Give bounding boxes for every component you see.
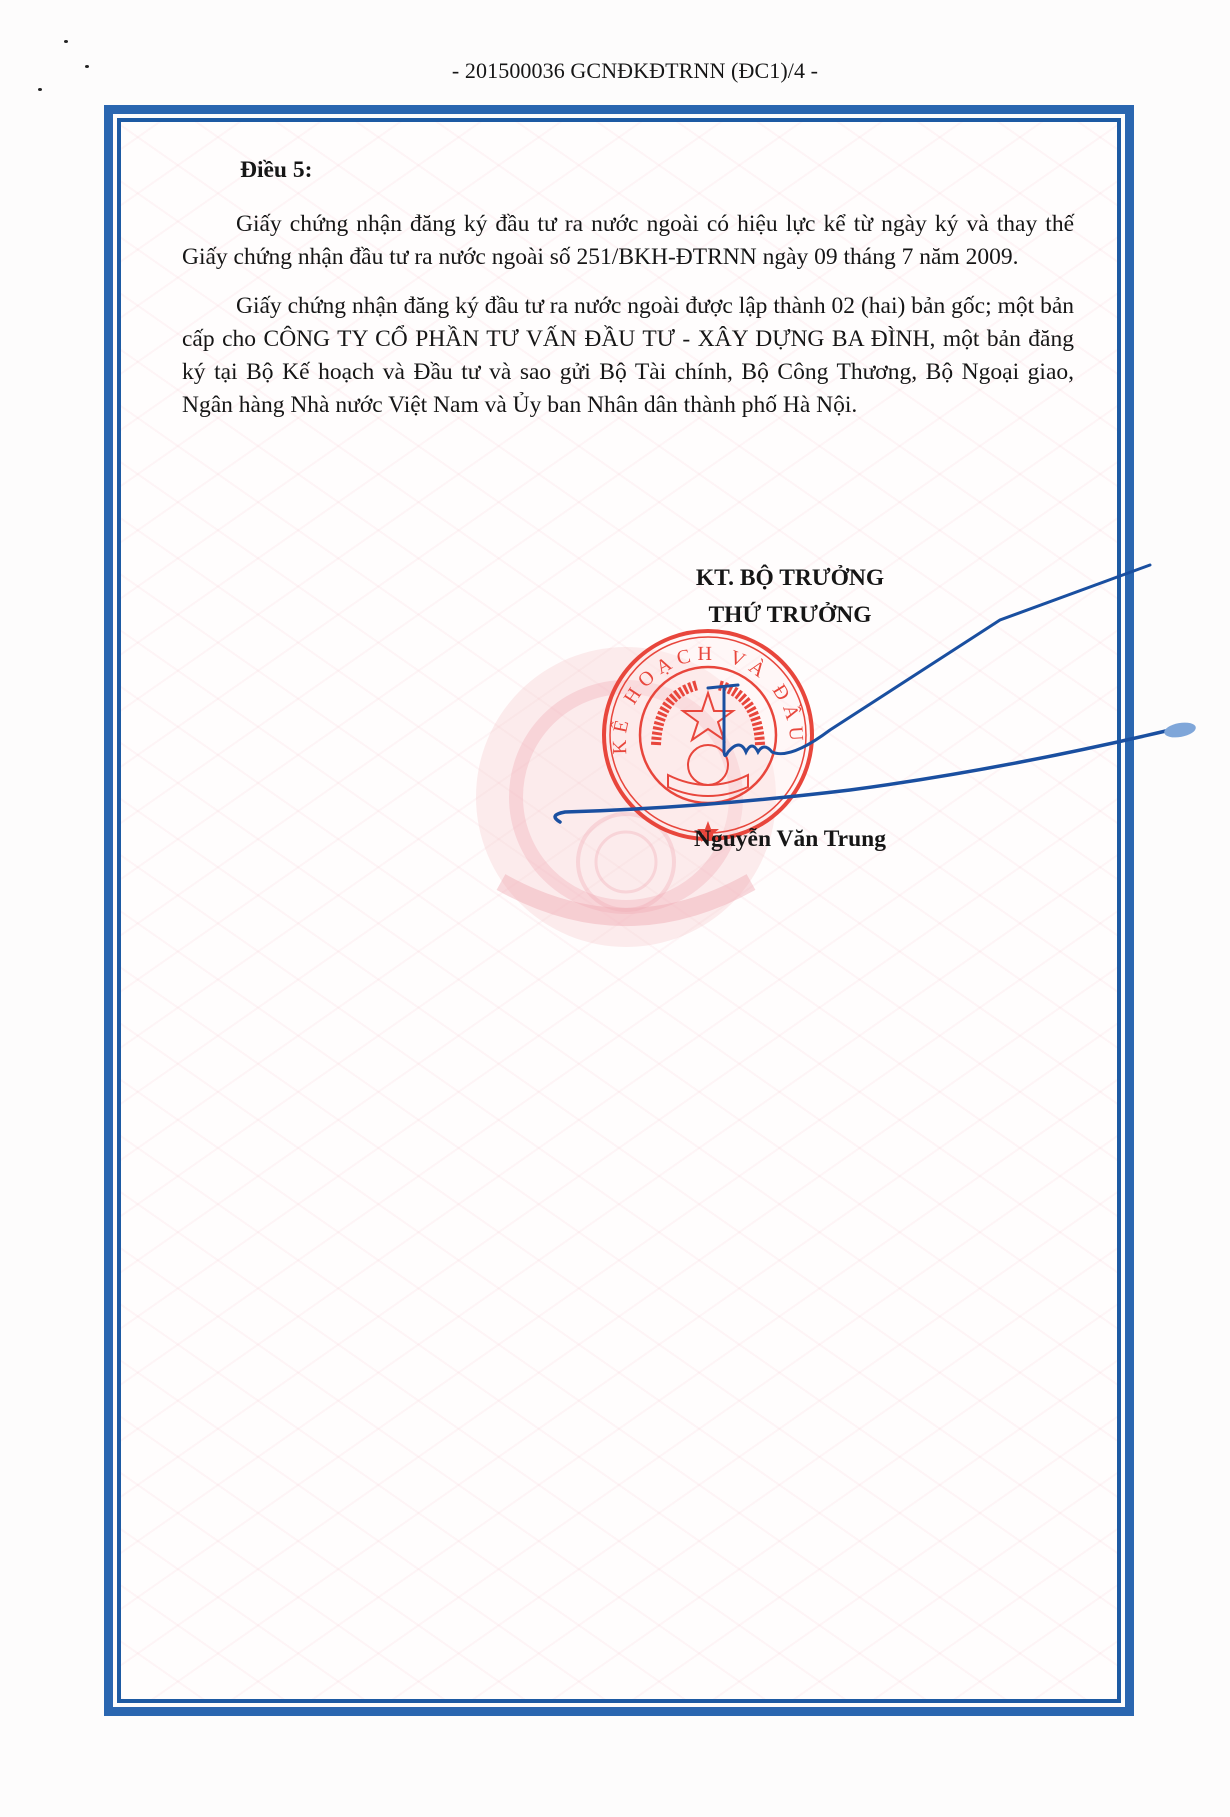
scan-speck	[64, 40, 68, 43]
article-title: Điều 5:	[240, 150, 1074, 190]
signer-name: Nguyễn Văn Trung	[560, 826, 1020, 853]
signatory-authority: KT. BỘ TRƯỞNG	[560, 560, 1020, 597]
official-red-seal: KẾ HOẠCH VÀ ĐẦU	[598, 625, 818, 845]
scan-speck	[38, 88, 42, 91]
article-section: Điều 5: Giấy chứng nhận đăng ký đầu tư r…	[182, 150, 1074, 422]
signature-title-block: KT. BỘ TRƯỞNG THỨ TRƯỞNG	[560, 560, 1020, 634]
document-reference-number: - 201500036 GCNĐKĐTRNN (ĐC1)/4 -	[0, 58, 1230, 84]
article-paragraph: Giấy chứng nhận đăng ký đầu tư ra nước n…	[182, 290, 1074, 422]
article-paragraph: Giấy chứng nhận đăng ký đầu tư ra nước n…	[182, 208, 1074, 274]
